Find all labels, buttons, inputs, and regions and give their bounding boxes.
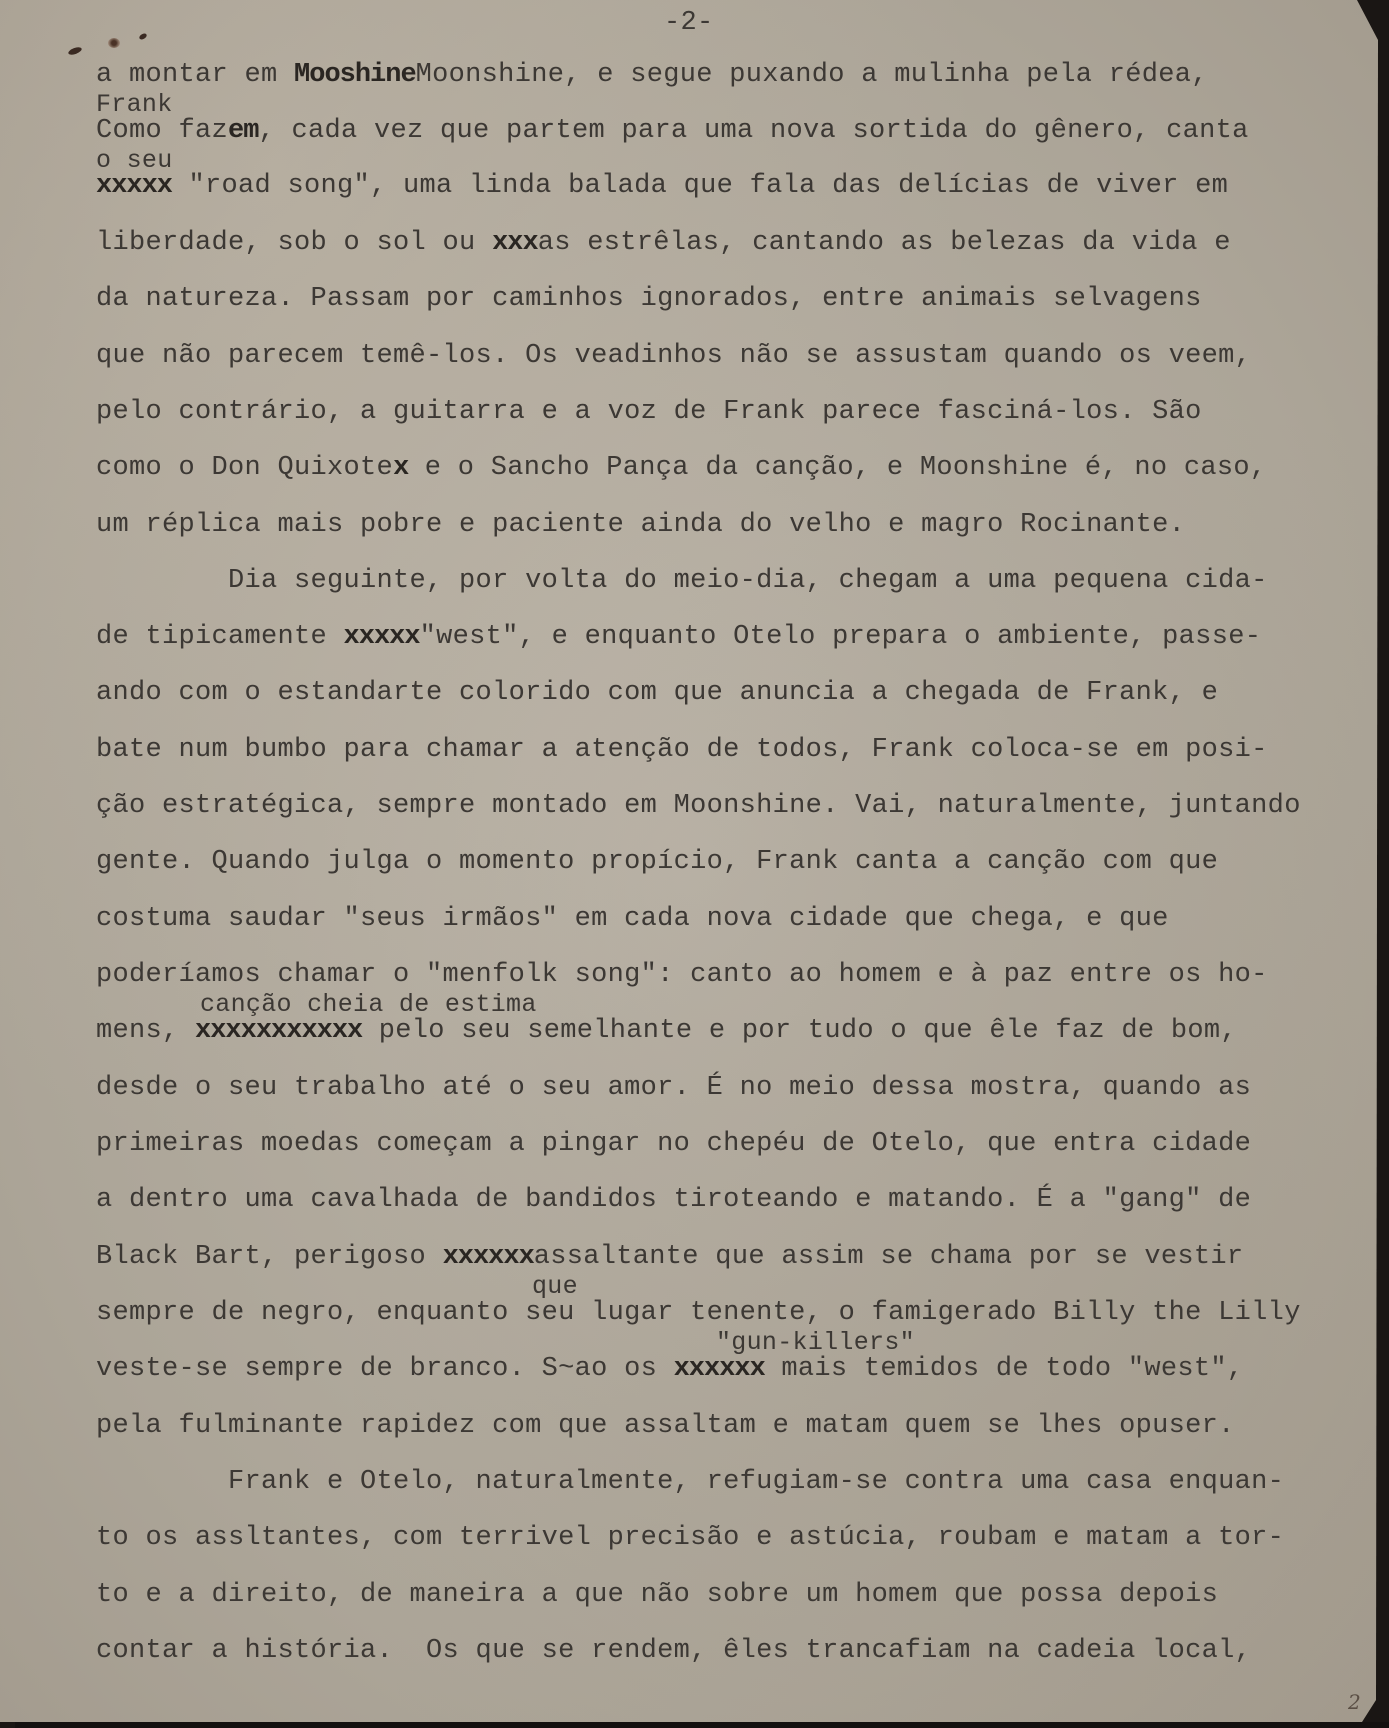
interlinear-insertion: "gun-killers" xyxy=(716,1330,915,1355)
scan-border xyxy=(15,1722,1389,1728)
text-line: veste-se sempre de branco. S~ao os xxxxx… xyxy=(96,1356,1243,1383)
text-line: Black Bart, perigoso xxxxxxassaltante qu… xyxy=(96,1244,1243,1271)
handwritten-margin-mark: 2 xyxy=(1348,1690,1361,1714)
interlinear-insertion: canção cheia de estima xyxy=(200,992,537,1017)
line-text: gente. Quando julga o momento propício, … xyxy=(96,847,1218,877)
line-text: da natureza. Passam por caminhos ignorad… xyxy=(96,284,1202,314)
line-text-continuation: as estrêlas, cantando as belezas da vida… xyxy=(538,228,1231,258)
line-text: to os assltantes, com terrivel precisão … xyxy=(96,1523,1284,1553)
text-line: um réplica mais pobre e paciente ainda d… xyxy=(96,512,1185,539)
text-line: liberdade, sob o sol ou xxxas estrêlas, … xyxy=(96,230,1231,257)
line-text: desde o seu trabalho até o seu amor. É n… xyxy=(96,1073,1251,1103)
ink-stain xyxy=(138,32,147,40)
text-line: mens, xxxxxxxxxxx pelo seu semelhante e … xyxy=(96,1018,1237,1045)
line-text: Dia seguinte, por volta do meio-dia, che… xyxy=(96,566,1268,596)
line-text: mens, xyxy=(96,1016,195,1046)
text-line: ando com o estandarte colorido com que a… xyxy=(96,680,1218,707)
line-text: a montar em xyxy=(96,60,294,90)
line-text-continuation: assaltante que assim se chama por se ves… xyxy=(534,1242,1244,1272)
interlinear-insertion: o seu xyxy=(96,148,173,173)
text-line: gente. Quando julga o momento propício, … xyxy=(96,849,1218,876)
line-text-continuation: , cada vez que partem para uma nova sort… xyxy=(258,116,1248,146)
text-line: desde o seu trabalho até o seu amor. É n… xyxy=(96,1075,1251,1102)
text-line: bate num bumbo para chamar a atenção de … xyxy=(96,737,1268,764)
text-line: xxxxx "road song", uma linda balada que … xyxy=(96,173,1228,200)
text-line: ção estratégica, sempre montado em Moons… xyxy=(96,793,1301,820)
line-text: que não parecem temê-los. Os veadinhos n… xyxy=(96,341,1251,371)
line-text: sempre de negro, enquanto seu lugar tene… xyxy=(96,1298,1301,1328)
text-line: Dia seguinte, por volta do meio-dia, che… xyxy=(96,568,1268,595)
line-text: contar a história. Os que se rendem, êle… xyxy=(96,1636,1251,1666)
line-text: um réplica mais pobre e paciente ainda d… xyxy=(96,510,1185,540)
line-text: poderíamos chamar o "menfolk song": cant… xyxy=(96,960,1268,990)
line-text: to e a direito, de maneira a que não sob… xyxy=(96,1580,1218,1610)
text-line: primeiras moedas começam a pingar no che… xyxy=(96,1131,1251,1158)
line-text-continuation: mais temidos de todo "west", xyxy=(765,1354,1244,1384)
text-line: poderíamos chamar o "menfolk song": cant… xyxy=(96,962,1268,989)
line-text-continuation: e o Sancho Pança da canção, e Moonshine … xyxy=(408,453,1266,483)
text-line: que não parecem temê-los. Os veadinhos n… xyxy=(96,343,1251,370)
line-text: pela fulminante rapidez com que assaltam… xyxy=(96,1411,1235,1441)
page-number: -2- xyxy=(664,10,714,37)
text-line: sempre de negro, enquanto seu lugar tene… xyxy=(96,1300,1301,1327)
line-text: Como faz xyxy=(96,116,228,146)
struck-through-text: xxxxxx xyxy=(674,1354,765,1384)
text-line: a montar em MooshineMoonshine, e segue p… xyxy=(96,62,1208,89)
interlinear-insertion: que xyxy=(532,1274,578,1299)
text-line: pelo contrário, a guitarra e a voz de Fr… xyxy=(96,399,1202,426)
text-line: Frank e Otelo, naturalmente, refugiam-se… xyxy=(96,1469,1284,1496)
line-text-continuation: "west", e enquanto Otelo prepara o ambie… xyxy=(420,622,1262,652)
struck-through-text: xxxxx xyxy=(344,622,420,652)
interlinear-insertion: Frank xyxy=(96,92,173,117)
text-line: como o Don Quixotex e o Sancho Pança da … xyxy=(96,455,1266,482)
line-text: ção estratégica, sempre montado em Moons… xyxy=(96,791,1301,821)
line-text: liberdade, sob o sol ou xyxy=(96,228,492,258)
text-line: costuma saudar "seus irmãos" em cada nov… xyxy=(96,906,1169,933)
line-text-continuation: "road song", uma linda balada que fala d… xyxy=(172,171,1228,201)
ink-stain xyxy=(108,38,120,48)
text-line: to os assltantes, com terrivel precisão … xyxy=(96,1525,1284,1552)
line-text: veste-se sempre de branco. S~ao os xyxy=(96,1354,674,1384)
typewritten-page: -2- a montar em MooshineMoonshine, e seg… xyxy=(0,0,1378,1722)
line-text: como o Don Quixote xyxy=(96,453,393,483)
text-line: pela fulminante rapidez com que assaltam… xyxy=(96,1413,1235,1440)
text-line: to e a direito, de maneira a que não sob… xyxy=(96,1582,1218,1609)
text-line: a dentro uma cavalhada de bandidos tirot… xyxy=(96,1187,1251,1214)
line-text: Frank e Otelo, naturalmente, refugiam-se… xyxy=(96,1467,1284,1497)
text-line: de tipicamente xxxxx"west", e enquanto O… xyxy=(96,624,1261,651)
line-text: de tipicamente xyxy=(96,622,344,652)
line-text: ando com o estandarte colorido com que a… xyxy=(96,678,1218,708)
line-text: a dentro uma cavalhada de bandidos tirot… xyxy=(96,1185,1251,1215)
struck-through-text: xxxxxx xyxy=(443,1242,534,1272)
text-line: Como fazem, cada vez que partem para uma… xyxy=(96,118,1249,145)
struck-through-text: xxx xyxy=(492,228,538,258)
line-text: bate num bumbo para chamar a atenção de … xyxy=(96,735,1268,765)
struck-through-text: em xyxy=(228,116,258,146)
line-text-continuation: Moonshine, e segue puxando a mulinha pel… xyxy=(416,60,1208,90)
struck-through-text: xxxxx xyxy=(96,171,172,201)
line-text-continuation: pelo seu semelhante e por tudo o que êle… xyxy=(362,1016,1237,1046)
struck-through-text: Mooshine xyxy=(294,60,416,90)
line-text: primeiras moedas começam a pingar no che… xyxy=(96,1129,1251,1159)
text-line: da natureza. Passam por caminhos ignorad… xyxy=(96,286,1202,313)
line-text: Black Bart, perigoso xyxy=(96,1242,443,1272)
line-text: pelo contrário, a guitarra e a voz de Fr… xyxy=(96,397,1202,427)
text-line: contar a história. Os que se rendem, êle… xyxy=(96,1638,1251,1665)
struck-through-text: xxxxxxxxxxx xyxy=(195,1016,362,1046)
struck-through-text: x xyxy=(393,453,408,483)
line-text: costuma saudar "seus irmãos" em cada nov… xyxy=(96,904,1169,934)
ink-stain xyxy=(67,46,82,56)
